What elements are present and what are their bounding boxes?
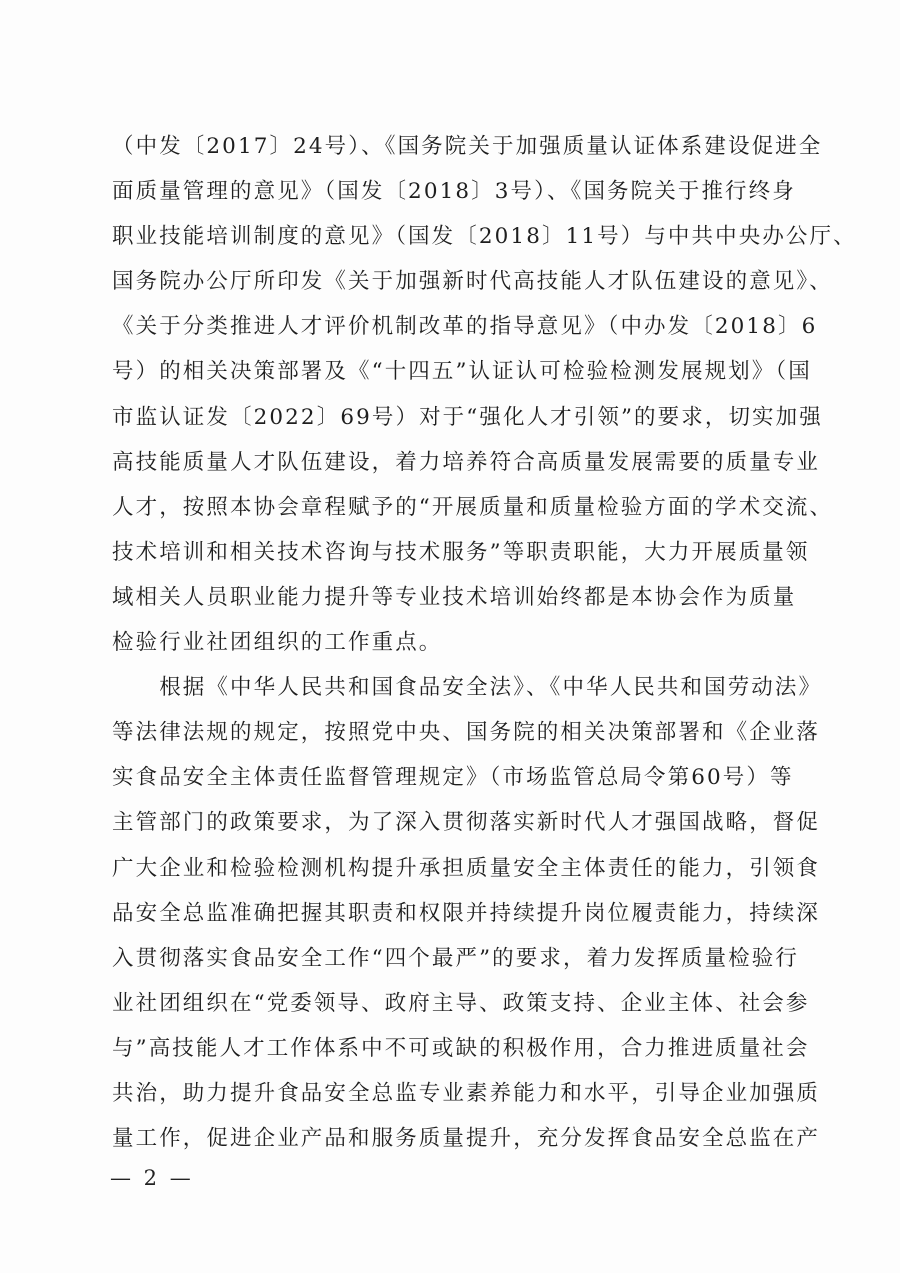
text-line: 等法律法规的规定，按照党中央、国务院的相关决策部署和《企业落 [112, 710, 792, 755]
text-line: 职业技能培训制度的意见》（国发〔2018〕11号）与中共中央办公厅、 [112, 214, 792, 259]
text-line: 号）的相关决策部署及《“十四五”认证认可检验检测发展规划》（国 [112, 349, 792, 394]
text-line: 主管部门的政策要求，为了深入贯彻落实新时代人才强国战略，督促 [112, 800, 792, 845]
text-line: 域相关人员职业能力提升等专业技术培训始终都是本协会作为质量 [112, 575, 792, 620]
text-line: 与”高技能人才工作体系中不可或缺的积极作用，合力推进质量社会 [112, 1026, 792, 1071]
text-line: 广大企业和检验检测机构提升承担质量安全主体责任的能力，引领食 [112, 846, 792, 891]
page-number: — 2 — [110, 1166, 194, 1190]
text-line: 入贯彻落实食品安全工作“四个最严”的要求，着力发挥质量检验行 [112, 936, 792, 981]
text-line: 量工作，促进企业产品和服务质量提升，充分发挥食品安全总监在产 [112, 1116, 792, 1161]
text-line: 高技能质量人才队伍建设，着力培养符合高质量发展需要的质量专业 [112, 440, 792, 485]
text-line: 品安全总监准确把握其职责和权限并持续提升岗位履责能力，持续深 [112, 891, 792, 936]
document-page: （中发〔2017〕24号）、《国务院关于加强质量认证体系建设促进全 面质量管理的… [0, 0, 900, 1273]
text-line: 实食品安全主体责任监督管理规定》（市场监管总局令第60号）等 [112, 755, 792, 800]
text-line: 面质量管理的意见》（国发〔2018〕3号）、《国务院关于推行终身 [112, 169, 792, 214]
text-line: 国务院办公厅所印发《关于加强新时代高技能人才队伍建设的意见》、 [112, 259, 792, 304]
text-line: 检验行业社团组织的工作重点。 [112, 620, 792, 665]
document-body: （中发〔2017〕24号）、《国务院关于加强质量认证体系建设促进全 面质量管理的… [112, 124, 792, 1161]
text-line: 市监认证发〔2022〕69号）对于“强化人才引领”的要求，切实加强 [112, 395, 792, 440]
paragraph-start-line: 根据《中华人民共和国食品安全法》、《中华人民共和国劳动法》 [112, 665, 792, 710]
text-line: 《关于分类推进人才评价机制改革的指导意见》（中办发〔2018〕6 [112, 304, 792, 349]
text-line: 技术培训和相关技术咨询与技术服务”等职责职能，大力开展质量领 [112, 530, 792, 575]
text-line: （中发〔2017〕24号）、《国务院关于加强质量认证体系建设促进全 [112, 124, 792, 169]
text-line: 业社团组织在“党委领导、政府主导、政策支持、企业主体、社会参 [112, 981, 792, 1026]
text-line: 人才，按照本协会章程赋予的“开展质量和质量检验方面的学术交流、 [112, 485, 792, 530]
text-line: 共治，助力提升食品安全总监专业素养能力和水平，引导企业加强质 [112, 1071, 792, 1116]
